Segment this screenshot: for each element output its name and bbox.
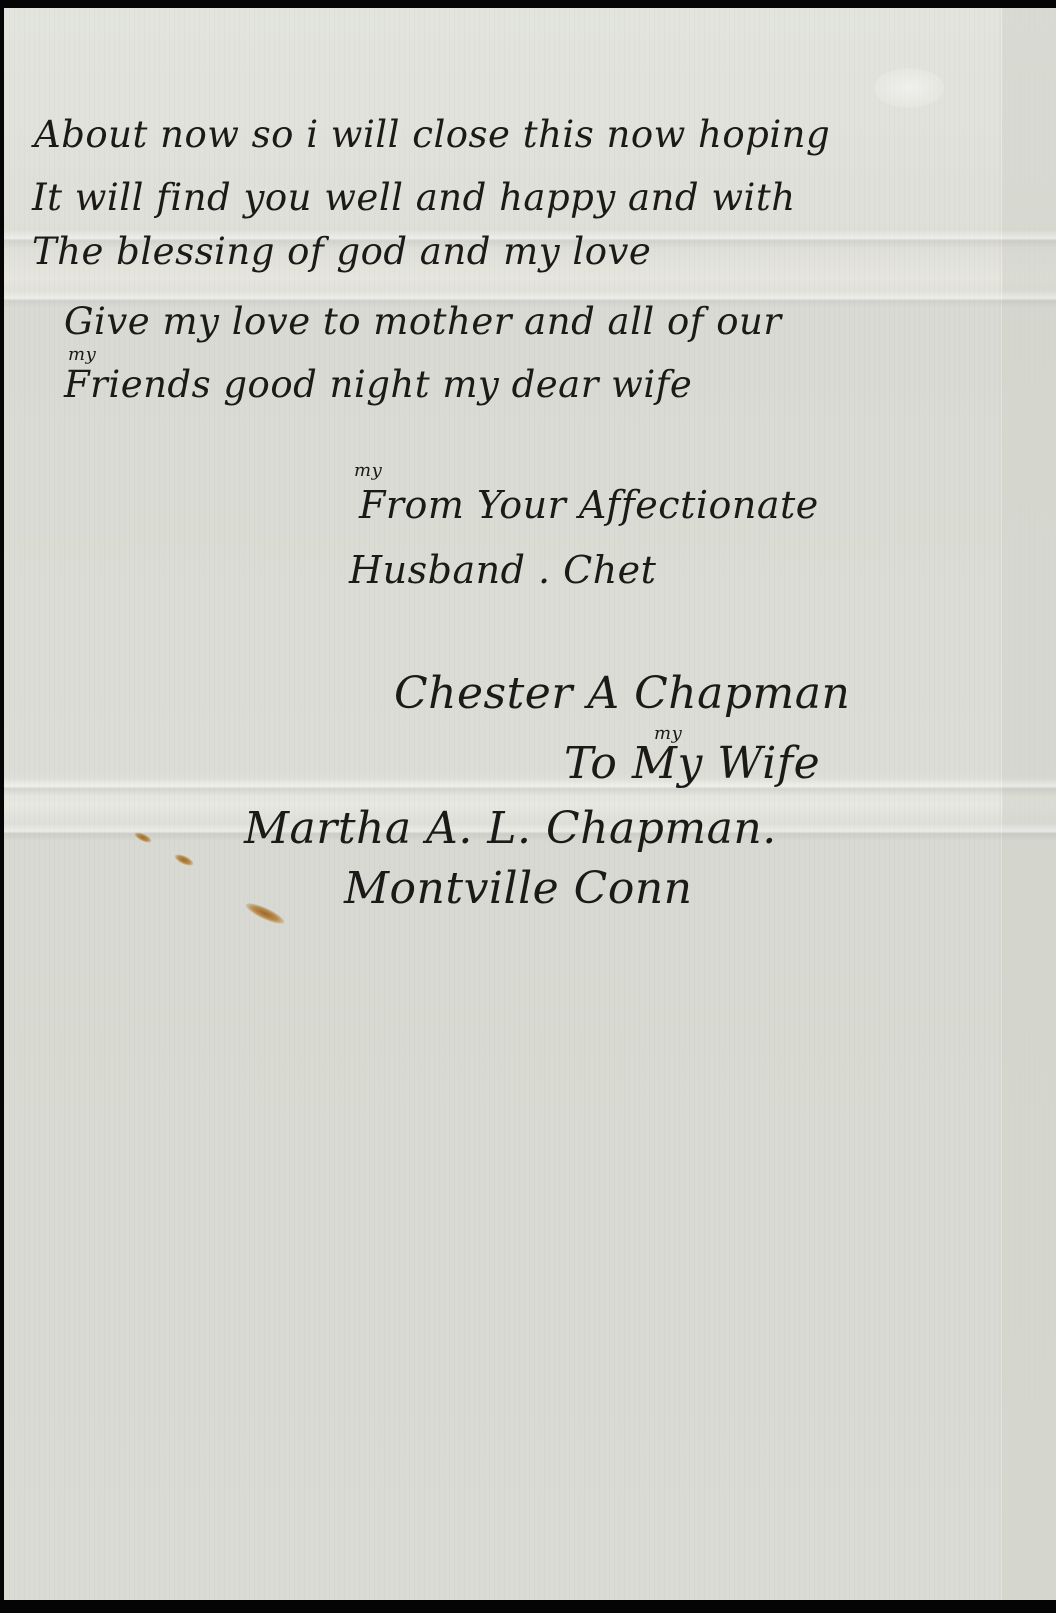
rust-stain-mid [173, 852, 195, 868]
body-line-4: Give my love to mother and all of our [64, 300, 782, 343]
closing-line-1: From Your Affectionate [359, 483, 819, 527]
horizontal-fold-middle [4, 778, 1056, 796]
body-line-5: Friends good night my dear wife [64, 363, 692, 406]
closing-line-2: Husband . Chet [349, 548, 656, 592]
address-line-1: To My Wife [564, 738, 820, 789]
body-line-3: The blessing of god and my love [32, 230, 651, 273]
closing-mark: my [354, 460, 382, 481]
interlinear-mark: my [68, 344, 96, 365]
signature: Chester A Chapman [394, 668, 850, 719]
rust-stain-large [244, 900, 287, 928]
address-line-3: Montville Conn [344, 863, 693, 914]
body-line-2: It will find you well and happy and with [32, 176, 796, 219]
address-line-2: Martha A. L. Chapman. [244, 803, 777, 854]
embossed-stamp-mark [874, 68, 944, 108]
letter-page: About now so i will close this now hopin… [4, 8, 1056, 1600]
body-line-1: About now so i will close this now hopin… [34, 113, 830, 156]
